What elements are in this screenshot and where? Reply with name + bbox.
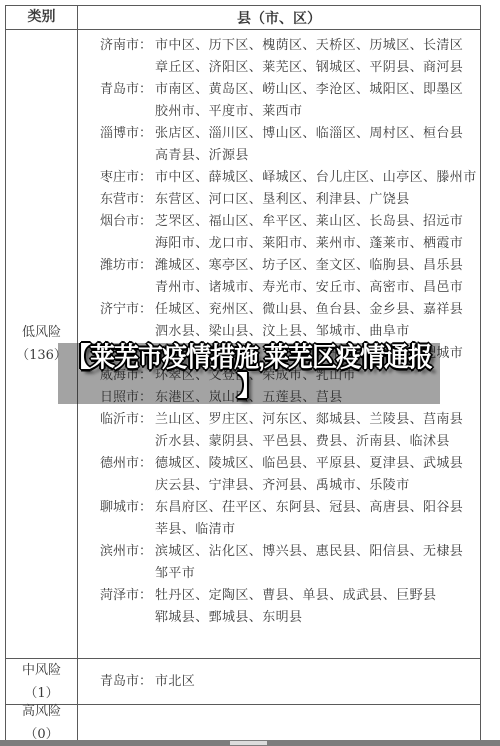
city-label: 济宁市：	[100, 299, 155, 343]
district-list: 市中区、薛城区、峄城区、台儿庄区、山亭区、滕州市	[155, 167, 477, 189]
city-label: 德州市：	[100, 453, 155, 497]
city-label: 东营市：	[100, 189, 155, 211]
page: 类别 县（市、区） 低风险 （136） 济南市：市中区、历下区、槐荫区、天桥区、…	[0, 0, 500, 746]
mid-risk-label: 中风险 （1）	[6, 659, 78, 704]
caption-line-1: 【莱芜市疫情措施,莱芜区疫情通报	[66, 342, 432, 375]
mid-risk-row: 中风险 （1） 青岛市：市北区	[6, 658, 480, 704]
city-entry: 临沂市：兰山区、罗庄区、河东区、郯城县、兰陵县、莒南县沂水县、蒙阴县、平邑县、费…	[100, 409, 477, 453]
district-line: 市中区、薛城区、峄城区、台儿庄区、山亭区、滕州市	[155, 167, 477, 189]
city-entry: 青岛市：市北区	[100, 671, 474, 693]
district-line: 市北区	[155, 671, 474, 693]
high-risk-label: 高风险 （0）	[6, 705, 78, 741]
district-line: 东营区、河口区、垦利区、利津县、广饶县	[155, 189, 477, 211]
city-entry: 菏泽市：牡丹区、定陶区、曹县、单县、成武县、巨野县郓城县、鄄城县、东明县	[100, 585, 477, 629]
city-label: 菏泽市：	[100, 585, 155, 629]
district-line: 德城区、陵城区、临邑县、平原县、夏津县、武城县	[155, 453, 477, 475]
city-entry: 东营市：东营区、河口区、垦利区、利津县、广饶县	[100, 189, 477, 211]
district-list: 牡丹区、定陶区、曹县、单县、成武县、巨野县郓城县、鄄城县、东明县	[155, 585, 477, 629]
low-risk-label-text: 低风险	[22, 321, 61, 344]
district-line: 胶州市、平度市、莱西市	[155, 101, 477, 123]
district-line: 高青县、沂源县	[155, 145, 477, 167]
city-label: 济南市：	[100, 35, 155, 79]
city-entry: 济宁市：任城区、兖州区、微山县、鱼台县、金乡县、嘉祥县泗水县、梁山县、汶上县、邹…	[100, 299, 477, 343]
district-line: 郓城县、鄄城县、东明县	[155, 607, 477, 629]
city-label: 烟台市：	[100, 211, 155, 255]
mid-risk-entries: 青岛市：市北区	[78, 659, 480, 704]
district-list: 东营区、河口区、垦利区、利津县、广饶县	[155, 189, 477, 211]
high-risk-label-text: 高风险	[22, 700, 61, 723]
district-line: 张店区、淄川区、博山区、临淄区、周村区、桓台县	[155, 123, 477, 145]
city-label: 聊城市：	[100, 497, 155, 541]
district-list: 市南区、黄岛区、崂山区、李沧区、城阳区、即墨区胶州市、平度市、莱西市	[155, 79, 477, 123]
district-line: 莘县、临清市	[155, 519, 477, 541]
city-entry: 淄博市：张店区、淄川区、博山区、临淄区、周村区、桓台县高青县、沂源县	[100, 123, 477, 167]
district-line: 东昌府区、茌平区、东阿县、冠县、高唐县、阳谷县	[155, 497, 477, 519]
city-entry: 聊城市：东昌府区、茌平区、东阿县、冠县、高唐县、阳谷县莘县、临清市	[100, 497, 477, 541]
city-entry: 潍坊市：潍城区、寒亭区、坊子区、奎文区、临朐县、昌乐县青州市、诸城市、寿光市、安…	[100, 255, 477, 299]
district-line: 沂水县、蒙阴县、平邑县、费县、沂南县、临沭县	[155, 431, 477, 453]
district-list: 任城区、兖州区、微山县、鱼台县、金乡县、嘉祥县泗水县、梁山县、汶上县、邹城市、曲…	[155, 299, 477, 343]
district-list: 市中区、历下区、槐荫区、天桥区、历城区、长清区章丘区、济阳区、莱芜区、钢城区、平…	[155, 35, 477, 79]
district-list: 兰山区、罗庄区、河东区、郯城县、兰陵县、莒南县沂水县、蒙阴县、平邑县、费县、沂南…	[155, 409, 477, 453]
city-label: 潍坊市：	[100, 255, 155, 299]
bottom-strip-highlight	[230, 741, 267, 745]
city-label: 青岛市：	[100, 79, 155, 123]
district-list: 东昌府区、茌平区、东阿县、冠县、高唐县、阳谷县莘县、临清市	[155, 497, 477, 541]
city-entry: 滨州市：滨城区、沾化区、博兴县、惠民县、阳信县、无棣县邹平市	[100, 541, 477, 585]
district-line: 泗水县、梁山县、汶上县、邹城市、曲阜市	[155, 321, 477, 343]
district-list: 滨城区、沾化区、博兴县、惠民县、阳信县、无棣县邹平市	[155, 541, 477, 585]
city-entry: 青岛市：市南区、黄岛区、崂山区、李沧区、城阳区、即墨区胶州市、平度市、莱西市	[100, 79, 477, 123]
district-line: 牡丹区、定陶区、曹县、单县、成武县、巨野县	[155, 585, 477, 607]
district-line: 任城区、兖州区、微山县、鱼台县、金乡县、嘉祥县	[155, 299, 477, 321]
table-header-row: 类别 县（市、区）	[6, 6, 480, 29]
district-line: 潍城区、寒亭区、坊子区、奎文区、临朐县、昌乐县	[155, 255, 477, 277]
district-line: 海阳市、龙口市、莱阳市、莱州市、蓬莱市、栖霞市	[155, 233, 477, 255]
high-risk-row: 高风险 （0）	[6, 704, 480, 741]
video-caption-overlay: 【莱芜市疫情措施,莱芜区疫情通报 】	[58, 343, 440, 404]
district-list: 潍城区、寒亭区、坊子区、奎文区、临朐县、昌乐县青州市、诸城市、寿光市、安丘市、高…	[155, 255, 477, 299]
district-line: 邹平市	[155, 563, 477, 585]
district-line: 青州市、诸城市、寿光市、安丘市、高密市、昌邑市	[155, 277, 477, 299]
bottom-strip	[0, 740, 500, 746]
city-label: 滨州市：	[100, 541, 155, 585]
city-entry: 济南市：市中区、历下区、槐荫区、天桥区、历城区、长清区章丘区、济阳区、莱芜区、钢…	[100, 35, 477, 79]
mid-risk-label-text: 中风险	[22, 659, 61, 682]
city-label: 青岛市：	[100, 671, 155, 693]
city-entry: 烟台市：芝罘区、福山区、牟平区、莱山区、长岛县、招远市海阳市、龙口市、莱阳市、莱…	[100, 211, 477, 255]
city-entry: 德州市：德城区、陵城区、临邑县、平原县、夏津县、武城县庆云县、宁津县、齐河县、禹…	[100, 453, 477, 497]
high-risk-entries	[78, 705, 480, 741]
district-list: 芝罘区、福山区、牟平区、莱山区、长岛县、招远市海阳市、龙口市、莱阳市、莱州市、蓬…	[155, 211, 477, 255]
district-list: 市北区	[155, 671, 474, 693]
city-entry: 枣庄市：市中区、薛城区、峄城区、台儿庄区、山亭区、滕州市	[100, 167, 477, 189]
district-line: 市中区、历下区、槐荫区、天桥区、历城区、长清区	[155, 35, 477, 57]
district-line: 兰山区、罗庄区、河东区、郯城县、兰陵县、莒南县	[155, 409, 477, 431]
caption-line-2: 】	[237, 373, 261, 401]
district-line: 滨城区、沾化区、博兴县、惠民县、阳信县、无棣县	[155, 541, 477, 563]
district-line: 庆云县、宁津县、齐河县、禹城市、乐陵市	[155, 475, 477, 497]
city-label: 临沂市：	[100, 409, 155, 453]
district-line: 市南区、黄岛区、崂山区、李沧区、城阳区、即墨区	[155, 79, 477, 101]
district-line: 芝罘区、福山区、牟平区、莱山区、长岛县、招远市	[155, 211, 477, 233]
header-county: 县（市、区）	[78, 6, 480, 29]
header-category: 类别	[6, 6, 78, 29]
city-label: 淄博市：	[100, 123, 155, 167]
city-label: 枣庄市：	[100, 167, 155, 189]
district-list: 德城区、陵城区、临邑县、平原县、夏津县、武城县庆云县、宁津县、齐河县、禹城市、乐…	[155, 453, 477, 497]
district-line: 章丘区、济阳区、莱芜区、钢城区、平阴县、商河县	[155, 57, 477, 79]
district-list: 张店区、淄川区、博山区、临淄区、周村区、桓台县高青县、沂源县	[155, 123, 477, 167]
